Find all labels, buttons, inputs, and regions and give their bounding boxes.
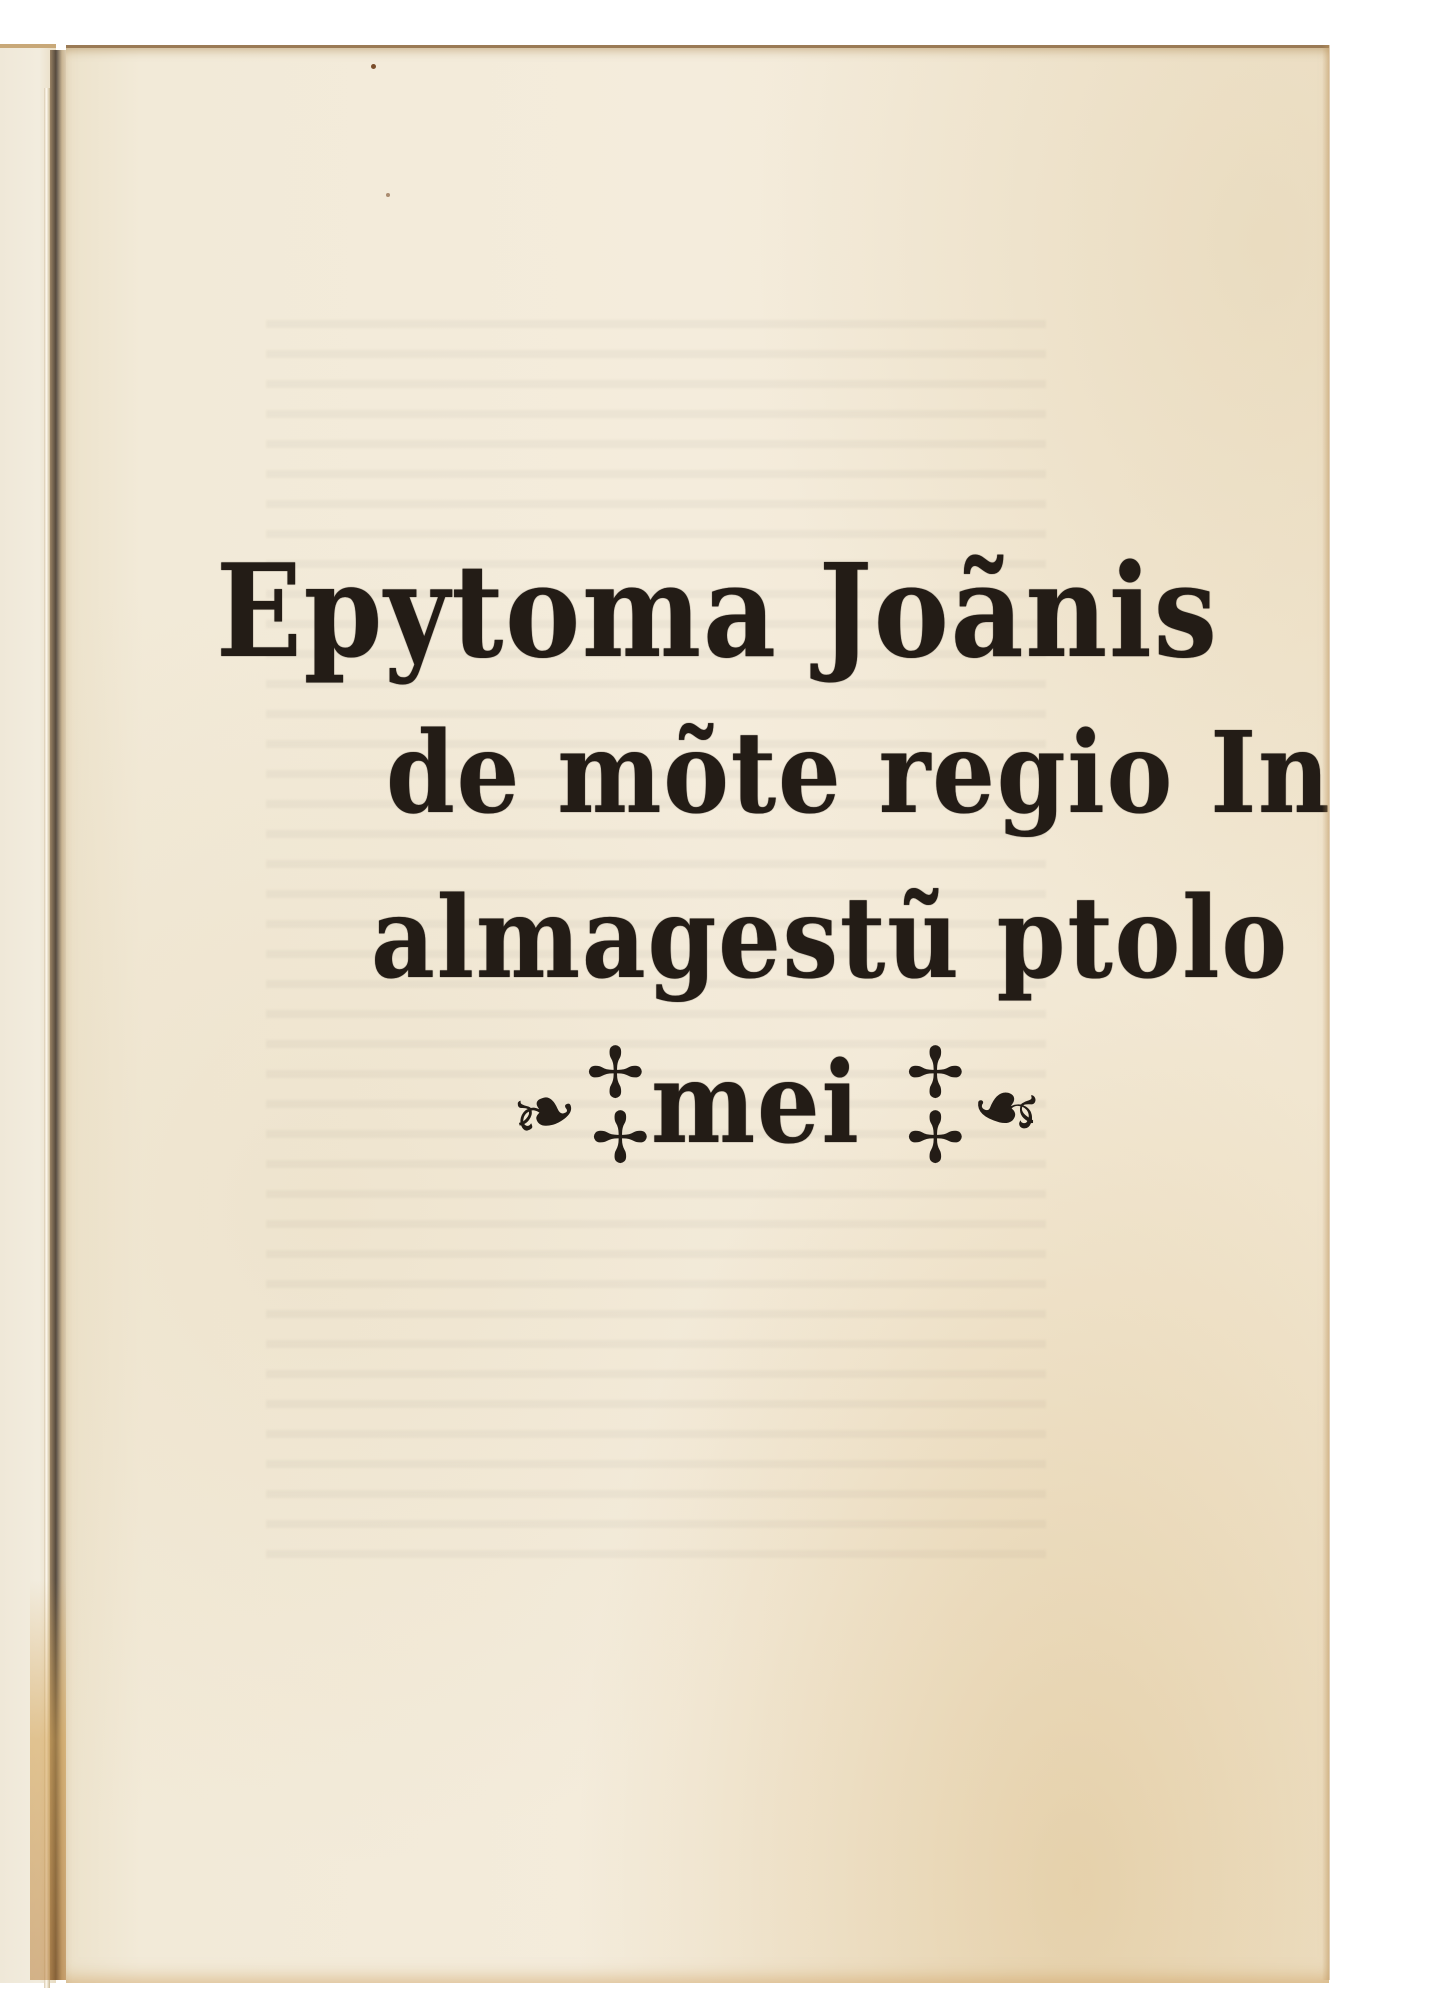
title-line-3: almagestũ ptolo	[371, 883, 1289, 995]
foxing-spot	[371, 64, 376, 69]
ornament-cross-icon: ✢	[906, 1103, 965, 1173]
ornament-cross-icon: ✢	[591, 1103, 650, 1173]
title-page: Epytoma Joãnis de mõte regio In almagest…	[66, 45, 1329, 1983]
title-line-2: de mõte regio In	[386, 718, 1331, 830]
title-line-1: Epytoma Joãnis	[216, 548, 1219, 676]
title-line-4: mei	[651, 1048, 861, 1160]
foxing-spot	[386, 193, 390, 197]
page-fore-edge	[1322, 45, 1330, 1980]
